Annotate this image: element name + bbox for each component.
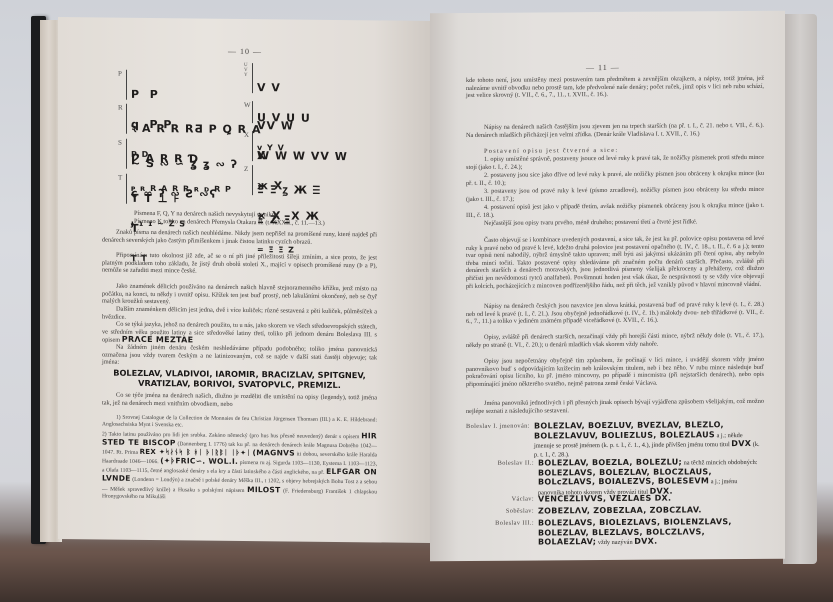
ruler-names-list: BOLEZLAV, VLADIVOI, IAROMIR, BRACIZLAV, …	[102, 368, 377, 391]
paragraph: Na žádném jiném denáru českém neshledává…	[102, 344, 377, 370]
right-page: — 11 — kde tohoto není, jsou umístěny me…	[430, 11, 785, 561]
page-number: — 10 —	[228, 47, 262, 56]
coin-legend: (✦ᚦFRIC∽. WOL.I.	[160, 456, 238, 466]
left-page: — 10 — P P P q P P P D R ꝛ A R R RƋ P Ꝗ …	[58, 17, 430, 543]
ruler-row-boleslav-ii: Boleslav II.: BOLEZLAV, BOEZLA, BOLEZLU;…	[430, 458, 764, 498]
glyph-group-uvy: U V Y V V U V U U v Y V	[244, 63, 311, 94]
page-number: — 11 —	[586, 63, 620, 72]
footnote: 2) Takto latinu používáno pro lidi jen s…	[102, 430, 377, 504]
ruler-row-sobeslav: Soběslav: ZOBEZLΛV, ZOBEZLAA, ZOBCZLAV.	[430, 506, 764, 518]
paragraph: kde tohoto není, jsou umístěny mezi post…	[466, 75, 764, 100]
ruler-row-vaclav: Václav: VENCEZLIVVS, VEZLAES DX.	[430, 494, 764, 506]
glyph-group-t: T ꓔ ꓔ ⊥ ⊦ ꓔ ꓔ ꓔ	[118, 174, 181, 205]
paragraph: Nápisy na denárech našich častějším jsou…	[466, 122, 764, 139]
paragraph: Opisy jsou nepočetnány obyčejně tím způs…	[466, 356, 764, 388]
paragraph: Jména panovníků jednotlivých i při přesn…	[466, 398, 764, 415]
glyph-group-w: W VV W W W W VV W	[244, 101, 348, 124]
glyph-group-x: X X ж X × X X Ж	[244, 131, 320, 162]
paragraph: Nápisy na denárech českých jsou navzvice…	[466, 301, 764, 326]
glyph-group-z: Z Ξ Ξ ꙁ Ж Ⲷ Ξ Z Ξ = Ξ Ξ Z	[244, 165, 321, 196]
right-page-stack	[783, 14, 817, 564]
paragraph: Připomínám tuto okolnost již zde, ač se …	[102, 252, 377, 278]
glyph-group-s: S ∼ S ∾ ∽ ʓ ʓ ∾ ʔ ɕ ∞ ʔ ∾ Ƨ ∾ʕ ɟ ɿ ɪ ∼ Z…	[118, 139, 238, 170]
coin-legend: (MAGNVS	[253, 448, 295, 457]
glyph-group-p: P P P q P P P D	[118, 70, 173, 101]
list-item: 4. postavení opisů jest jako v případě t…	[466, 202, 764, 219]
coin-legend: MILOST	[247, 485, 280, 494]
paragraph: Znaků písma na denárech našich neuhlédám…	[102, 229, 377, 247]
paragraph: Opisy, zvláště při denárech starších, ne…	[466, 332, 764, 349]
ruler-row-boleslav-i: Boleslav I. jmenován: BOLEZLAV, BOEZLUV,…	[430, 421, 764, 460]
list-item: 3. postaveny jsou od pravé ruky k levé (…	[466, 186, 764, 203]
paragraph: Často objevují se i kombinace uvedených …	[466, 235, 764, 290]
glyph-group-r: R ꝛ A R R RƋ P Ꝗ R A Ƿ A R R Ɗ ᴘ ʀ R A R…	[118, 104, 262, 136]
paragraph: Jako znamének dělicích používáno na dená…	[102, 283, 377, 309]
list-item: 2. postaveny jsou sice jako dříve od lev…	[466, 170, 764, 187]
list-item: 1. opisy umístěné správně, postaveny jso…	[466, 154, 764, 171]
paragraph: Co se týče jména na denárech našich, dlu…	[102, 392, 377, 410]
ruler-row-boleslav-iii: Boleslav III.: BOLEZLAVS, BIOLEZLAVS, BI…	[430, 518, 764, 549]
paragraph: Nejčastější jsou opisy tvaru prvého, mén…	[466, 218, 764, 228]
